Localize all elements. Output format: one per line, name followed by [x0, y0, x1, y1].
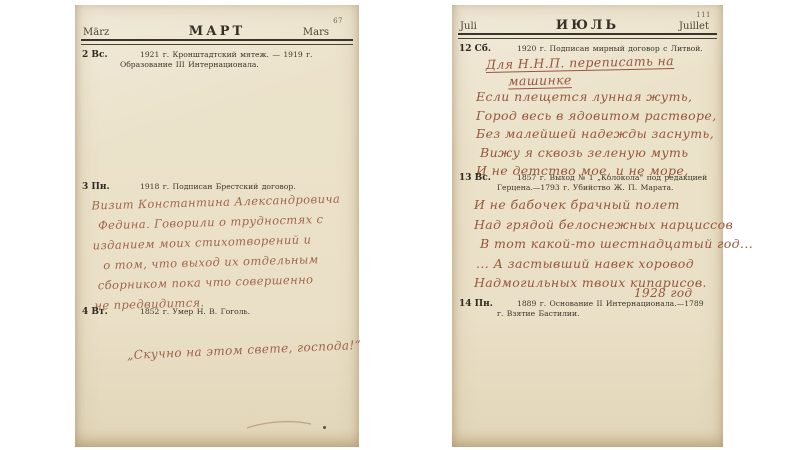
poem-line: Над грядой белоснежных нарциссов: [474, 217, 753, 237]
month-header: Juli ИЮЛЬ Juillet: [460, 18, 715, 33]
entry-date: 14 Пн.: [459, 299, 497, 318]
poem-line: Без малейшей надежды заснуть,: [476, 126, 717, 145]
entry-date: 4 Вт.: [82, 307, 120, 317]
poem-line: Город весь в ядовитом растворе,: [476, 108, 717, 127]
poem-line: Надмогильных твоих кипарисов.: [474, 275, 753, 295]
month-header: März МАРТ Mars: [83, 24, 351, 39]
pencil-mark: [245, 417, 315, 431]
handwritten-gogol-quote: „Скучно на этом свете, господа!“: [127, 338, 362, 362]
entry-date: 2 Вс.: [82, 50, 120, 69]
ink-dot: [323, 426, 326, 429]
entry-event-text: 1921 г. Кронштадтский мятеж. — 1919 г. О…: [120, 50, 349, 69]
calendar-page-march: 67 März МАРТ Mars 2 Вс. 1921 г. Кронштад…: [75, 5, 359, 447]
calendar-entry-march-4: 4 Вт. 1852 г. Умер Н. В. Гоголь.: [82, 307, 349, 317]
month-name-russian: ИЮЛЬ: [520, 18, 655, 33]
handwriting-line: машинке: [508, 70, 675, 90]
entry-event-text: 1889 г. Основание II Интернационала.—178…: [497, 299, 713, 318]
entry-event-text: 1852 г. Умер Н. В. Гоголь.: [120, 307, 349, 317]
poem-line: Если плещется лунная жуть,: [476, 89, 717, 108]
entry-date: 13 Вс.: [459, 173, 497, 192]
month-name-german: Juli: [460, 21, 520, 32]
calendar-page-july: 111 Juli ИЮЛЬ Juillet 12 Сб. 1920 г. Под…: [452, 5, 723, 447]
header-divider: [81, 39, 353, 45]
handwritten-instruction: Для Н.Н.П. переписать на машинке: [486, 53, 675, 91]
poem-line: В тот какой-то шестнадцатый год...: [480, 236, 753, 256]
handwritten-year: 1928 год: [634, 286, 692, 300]
handwritten-poem-stanza-1: Если плещется лунная жуть, Город весь в …: [476, 89, 717, 182]
calendar-entry-march-3: 3 Пн. 1918 г. Подписан Брестский договор…: [82, 182, 349, 192]
month-name-french: Mars: [291, 27, 351, 38]
poem-line: ... А застывший навек хоровод: [476, 256, 753, 276]
calendar-entry-march-2: 2 Вс. 1921 г. Кронштадтский мятеж. — 191…: [82, 50, 349, 69]
calendar-entry-july-12: 12 Сб. 1920 г. Подписан мирный договор с…: [459, 44, 713, 54]
entry-date: 3 Пн.: [82, 182, 120, 192]
month-name-russian: МАРТ: [143, 24, 291, 39]
calendar-entry-july-13: 13 Вс. 1857 г. Выход № 1 „Колокола“ под …: [459, 173, 713, 192]
entry-date: 12 Сб.: [459, 44, 497, 54]
calendar-entry-july-14: 14 Пн. 1889 г. Основание II Интернациона…: [459, 299, 713, 318]
handwritten-poem-stanza-2: И не бабочек брачный полет Над грядой бе…: [474, 197, 753, 295]
entry-event-text: 1920 г. Подписан мирный договор с Литвой…: [497, 44, 713, 54]
calendar-diary-scan: 67 März МАРТ Mars 2 Вс. 1921 г. Кронштад…: [0, 0, 800, 450]
poem-line: И не бабочек брачный полет: [474, 197, 753, 217]
entry-event-text: 1918 г. Подписан Брестский договор.: [120, 182, 349, 192]
entry-event-text: 1857 г. Выход № 1 „Колокола“ под редакци…: [497, 173, 713, 192]
header-divider: [458, 33, 717, 39]
month-name-french: Juillet: [655, 21, 715, 32]
month-name-german: März: [83, 27, 143, 38]
poem-line: Вижу я сквозь зеленую муть: [480, 145, 717, 164]
handwritten-diary-note: Визит Константина Александровича Федина.…: [91, 192, 343, 319]
